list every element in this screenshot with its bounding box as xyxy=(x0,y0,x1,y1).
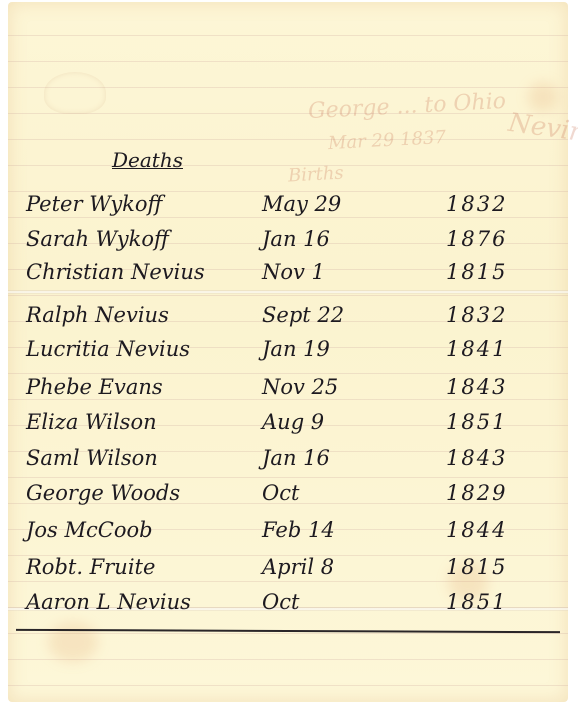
entry-year: 1832 xyxy=(446,303,507,327)
document-title: Deaths xyxy=(112,148,183,172)
entry-year: 1844 xyxy=(446,518,507,542)
entry-name: Ralph Nevius xyxy=(26,303,169,327)
list-item: George Woods Oct 1829 xyxy=(26,481,546,515)
bleed-through-text: Births xyxy=(287,163,344,187)
list-item: Robt. Fruite April 8 1815 xyxy=(26,555,546,589)
entry-year: 1829 xyxy=(446,481,507,505)
entry-date: Oct xyxy=(262,590,299,614)
list-item: Eliza Wilson Aug 9 1851 xyxy=(26,410,546,444)
list-item: Saml Wilson Jan 16 1843 xyxy=(26,446,546,480)
entry-date: Jan 19 xyxy=(262,337,330,361)
bleed-through-text: George ... to Ohio xyxy=(307,89,506,124)
entry-year: 1843 xyxy=(446,446,507,470)
list-item: Jos McCoob Feb 14 1844 xyxy=(26,518,546,552)
entry-name: Eliza Wilson xyxy=(26,410,157,434)
list-item: Aaron L Nevius Oct 1851 xyxy=(26,590,546,624)
entry-year: 1851 xyxy=(446,410,507,434)
entry-date: Sept 22 xyxy=(262,303,344,327)
entry-name: Sarah Wykoff xyxy=(26,227,169,251)
entry-date: Feb 14 xyxy=(262,518,335,542)
entry-date: Aug 9 xyxy=(262,410,324,434)
list-item: Peter Wykoff May 29 1832 xyxy=(26,192,546,226)
bleed-through-text: Mar 29 1837 xyxy=(328,127,447,154)
entry-name: Saml Wilson xyxy=(26,446,158,470)
bleed-through-text: Nevins xyxy=(506,108,578,150)
entry-year: 1815 xyxy=(446,260,507,284)
entry-date: Nov 1 xyxy=(262,260,325,284)
entry-date: Jan 16 xyxy=(262,227,330,251)
entry-year: 1851 xyxy=(446,590,507,614)
entry-name: Aaron L Nevius xyxy=(26,590,191,614)
entry-date: April 8 xyxy=(262,555,334,579)
list-item: Phebe Evans Nov 25 1843 xyxy=(26,375,546,409)
entry-name: Jos McCoob xyxy=(26,518,153,542)
list-item: Sarah Wykoff Jan 16 1876 xyxy=(26,227,546,261)
stain xyxy=(528,82,558,112)
entry-date: May 29 xyxy=(262,192,341,216)
entry-year: 1876 xyxy=(446,227,507,251)
entry-name: Peter Wykoff xyxy=(26,192,162,216)
entry-date: Jan 16 xyxy=(262,446,330,470)
embossed-seal-icon xyxy=(44,72,106,114)
entry-name: George Woods xyxy=(26,481,180,505)
list-item: Ralph Nevius Sept 22 1832 xyxy=(26,303,546,337)
list-item: Christian Nevius Nov 1 1815 xyxy=(26,260,546,294)
entry-date: Oct xyxy=(262,481,299,505)
entry-year: 1841 xyxy=(446,337,507,361)
entry-year: 1815 xyxy=(446,555,507,579)
entry-year: 1843 xyxy=(446,375,507,399)
list-item: Lucritia Nevius Jan 19 1841 xyxy=(26,337,546,371)
entry-year: 1832 xyxy=(446,192,507,216)
entry-name: Phebe Evans xyxy=(26,375,163,399)
entry-name: Robt. Fruite xyxy=(26,555,155,579)
entry-name: Christian Nevius xyxy=(26,260,205,284)
entry-date: Nov 25 xyxy=(262,375,338,399)
entry-name: Lucritia Nevius xyxy=(26,337,190,361)
